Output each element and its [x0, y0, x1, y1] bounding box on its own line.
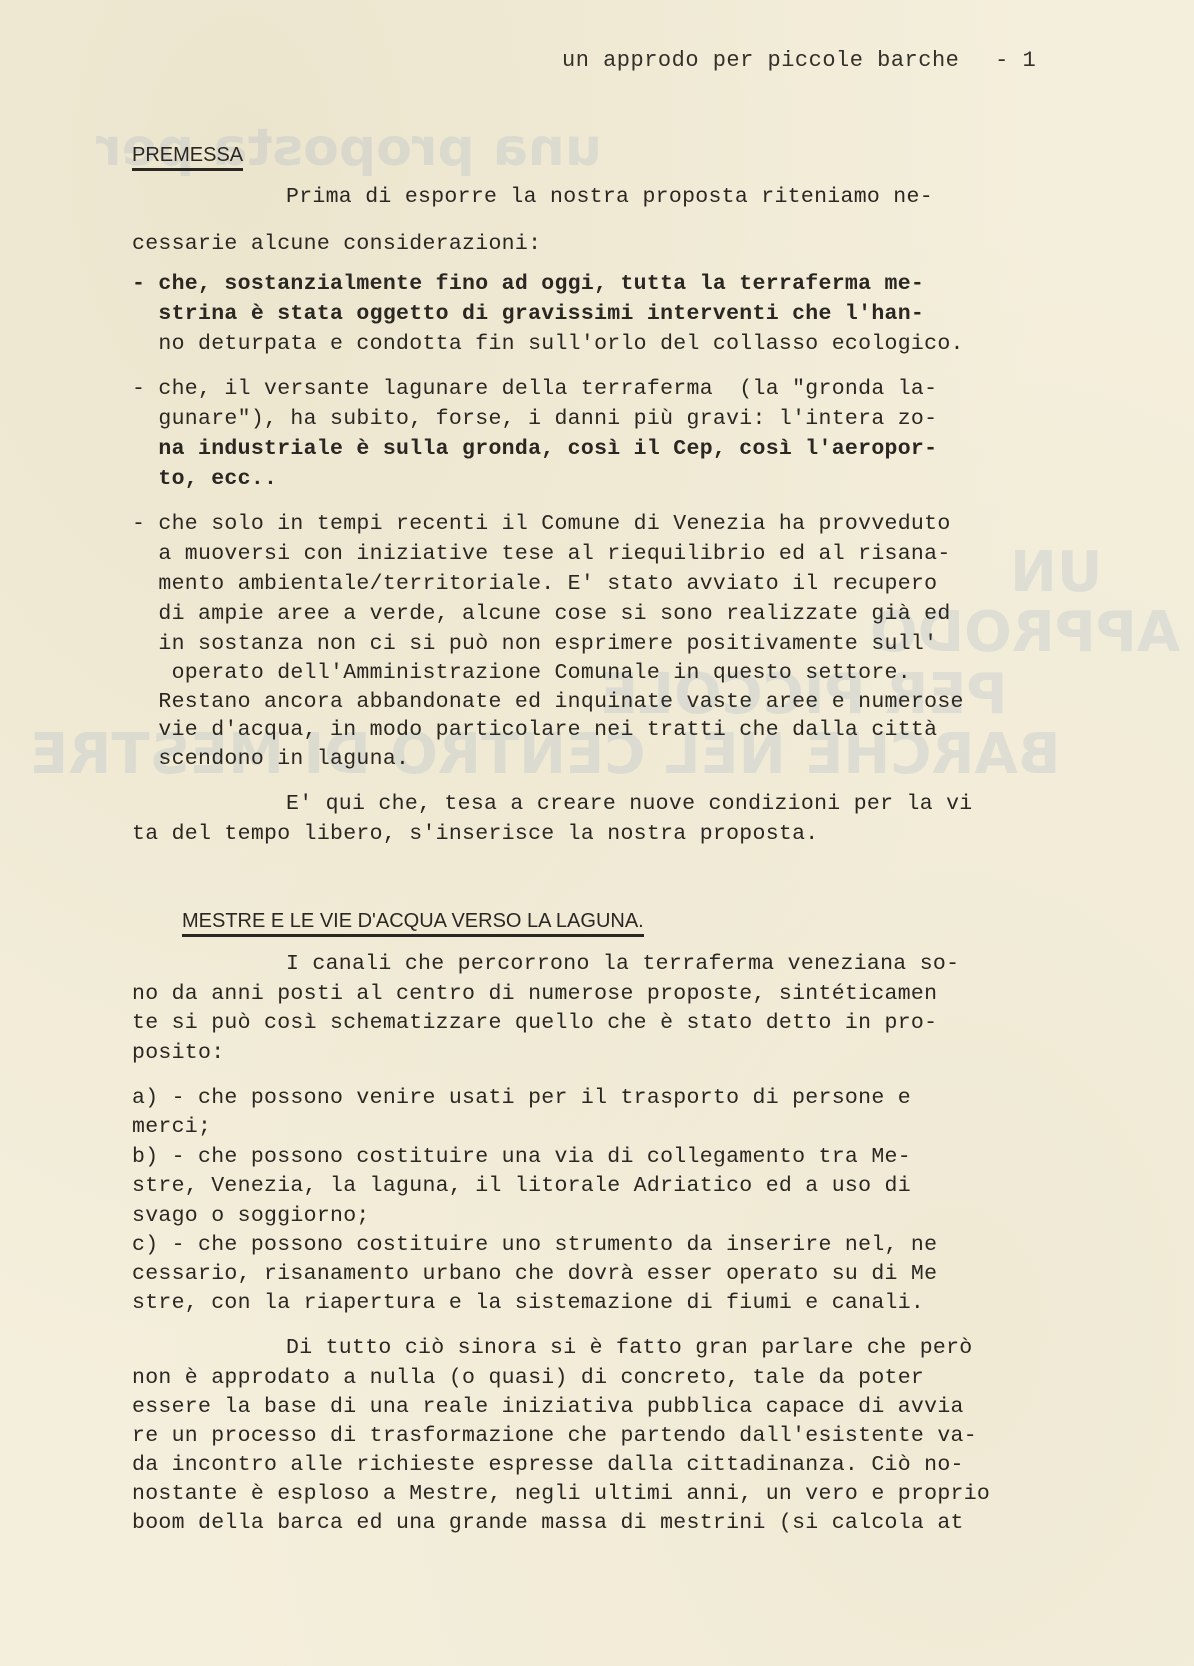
section-heading-premessa: PREMESSA [132, 144, 243, 171]
section-heading-mestre: MESTRE E LE VIE D'ACQUA VERSO LA LAGUNA. [182, 910, 644, 937]
text-line: non è approdato a nulla (o quasi) di con… [132, 1366, 924, 1390]
text-line: da incontro alle richieste espresse dall… [132, 1453, 964, 1477]
list-item-line: in sostanza non ci si può non esprimere … [132, 632, 937, 656]
text-line: te si può così schematizzare quello che … [132, 1011, 937, 1035]
text-line: no da anni posti al centro di numerose p… [132, 982, 937, 1006]
list-item-line: - che solo in tempi recenti il Comune di… [132, 512, 951, 536]
list-item-line: c) - che possono costituire uno strument… [132, 1233, 937, 1257]
running-title: un approdo per piccole barche [562, 48, 959, 73]
list-item-line: merci; [132, 1115, 211, 1139]
text-line: Prima di esporre la nostra proposta rite… [286, 185, 933, 209]
list-item-line: to, ecc.. [132, 467, 277, 491]
list-item-line: vie d'acqua, in modo particolare nei tra… [132, 718, 937, 742]
text-line: essere la base di una reale iniziativa p… [132, 1395, 964, 1419]
list-item-line: no deturpata e condotta fin sull'orlo de… [132, 332, 964, 356]
list-item-line: di ampie aree a verde, alcune cose si so… [132, 602, 951, 626]
list-item-line: cessario, risanamento urbano che dovrà e… [132, 1262, 937, 1286]
list-item-line: gunare"), ha subito, forse, i danni più … [132, 407, 937, 431]
text-line: re un processo di trasformazione che par… [132, 1424, 977, 1448]
list-item-line: - che, il versante lagunare della terraf… [132, 377, 937, 401]
list-item-line: svago o soggiorno; [132, 1204, 370, 1228]
document-page: una proposta per UN APPRODO PER PICCOLE … [0, 0, 1194, 1666]
text-line: E' qui che, tesa a creare nuove condizio… [286, 792, 973, 816]
list-item-line: - che, sostanzialmente fino ad oggi, tut… [132, 272, 924, 296]
list-item-line: a muoversi con iniziative tese al riequi… [132, 542, 951, 566]
list-item-line: strina è stata oggetto di gravissimi int… [132, 302, 924, 326]
text-line: I canali che percorrono la terraferma ve… [286, 952, 959, 976]
list-item-line: a) - che possono venire usati per il tra… [132, 1086, 911, 1110]
text-line: cessarie alcune considerazioni: [132, 232, 541, 256]
list-item-line: stre, con la riapertura e la sistemazion… [132, 1291, 924, 1315]
list-item-line: na industriale è sulla gronda, così il C… [132, 437, 937, 461]
list-item-line: operato dell'Amministrazione Comunale in… [132, 661, 911, 685]
list-item-line: scendono in laguna. [132, 747, 409, 771]
list-item-line: stre, Venezia, la laguna, il litorale Ad… [132, 1174, 911, 1198]
list-item-line: mento ambientale/territoriale. E' stato … [132, 572, 937, 596]
bleed-through-line: UN [1010, 540, 1102, 605]
list-item-line: b) - che possono costituire una via di c… [132, 1145, 911, 1169]
page-number: - 1 [995, 48, 1036, 73]
text-line: ta del tempo libero, s'inserisce la nost… [132, 822, 819, 846]
running-header: un approdo per piccole barche - 1 [562, 48, 1036, 73]
text-line: posito: [132, 1041, 224, 1065]
text-line: nostante è esploso a Mestre, negli ultim… [132, 1482, 990, 1506]
text-line: Di tutto ciò sinora si è fatto gran parl… [286, 1336, 973, 1360]
list-item-line: Restano ancora abbandonate ed inquinate … [132, 690, 964, 714]
text-line: boom della barca ed una grande massa di … [132, 1511, 964, 1535]
